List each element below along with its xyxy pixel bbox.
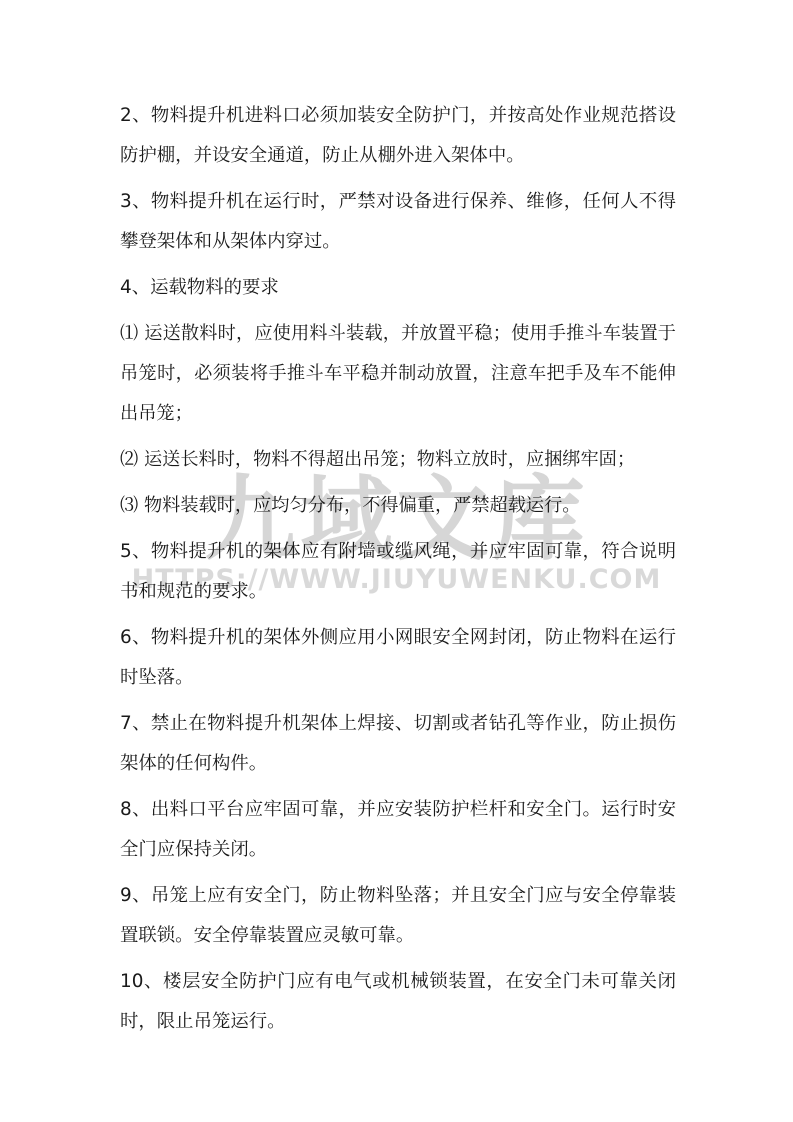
paragraph-subitem-3: ⑶ 物料装载时，应均匀分布，不得偏重，严禁超载运行。 <box>120 486 676 526</box>
paragraph-item-10: 10、楼层安全防护门应有电气或机械锁装置，在安全门未可靠关闭时，限止吊笼运行。 <box>120 962 676 1042</box>
paragraph-item-2: 2、物料提升机进料口必须加装安全防护门，并按高处作业规范搭设防护棚，并设安全通道… <box>120 96 676 176</box>
document-body: 2、物料提升机进料口必须加装安全防护门，并按高处作业规范搭设防护棚，并设安全通道… <box>120 96 676 1048</box>
paragraph-item-3: 3、物料提升机在运行时，严禁对设备进行保养、维修，任何人不得攀登架体和从架体内穿… <box>120 182 676 262</box>
paragraph-item-7: 7、禁止在物料提升机架体上焊接、切割或者钻孔等作业，防止损伤架体的任何构件。 <box>120 704 676 784</box>
paragraph-item-9: 9、吊笼上应有安全门，防止物料坠落；并且安全门应与安全停靠装置联锁。安全停靠装置… <box>120 876 676 956</box>
paragraph-item-4-heading: 4、运载物料的要求 <box>120 268 676 308</box>
paragraph-item-6: 6、物料提升机的架体外侧应用小网眼安全网封闭，防止物料在运行时坠落。 <box>120 618 676 698</box>
paragraph-subitem-2: ⑵ 运送长料时，物料不得超出吊笼；物料立放时，应捆绑牢固； <box>120 440 676 480</box>
paragraph-item-5: 5、物料提升机的架体应有附墙或缆风绳，并应牢固可靠，符合说明书和规范的要求。 <box>120 532 676 612</box>
paragraph-subitem-1: ⑴ 运送散料时，应使用料斗装载，并放置平稳；使用手推斗车装置于吊笼时，必须装将手… <box>120 314 676 434</box>
paragraph-item-8: 8、出料口平台应牢固可靠，并应安装防护栏杆和安全门。运行时安全门应保持关闭。 <box>120 790 676 870</box>
document-page: 九域文库 HTTPS://WWW.JIUYUWENKU.COM 2、物料提升机进… <box>0 0 793 1122</box>
